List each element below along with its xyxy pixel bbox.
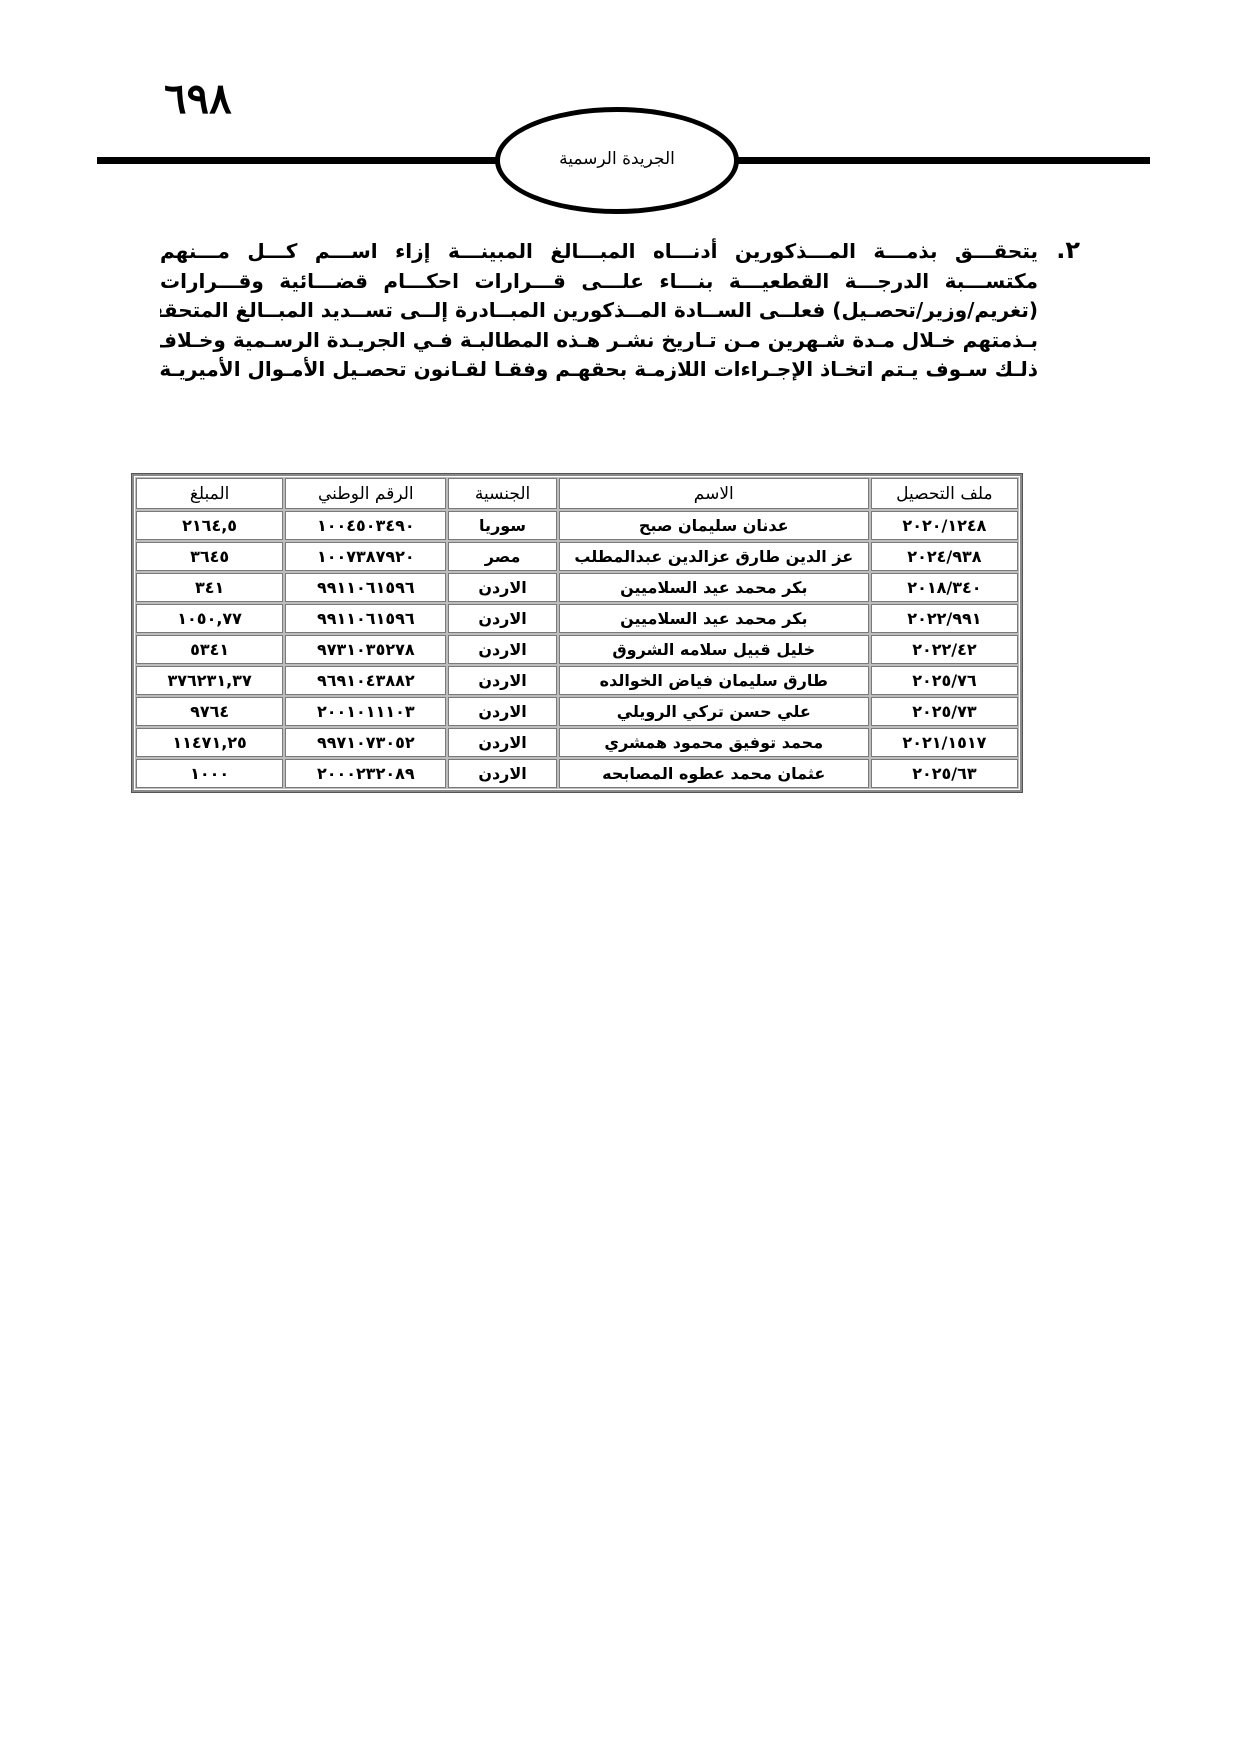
cell-amount: ٩٧٦٤ [136,697,283,726]
cell-file: ٢٠٢٥/٦٣ [871,759,1018,788]
table-row: ٢٠٢٢/٤٢خليل قبيل سلامه الشروقالاردن٩٧٣١٠… [136,635,1018,664]
cell-national-id: ٩٩١١٠٦١٥٩٦ [285,573,446,602]
page-number: ٦٩٨ [164,74,232,124]
cell-name: بكر محمد عيد السلاميين [559,573,869,602]
cell-file: ٢٠٢٢/٤٢ [871,635,1018,664]
table-row: ٢٠١٨/٣٤٠بكر محمد عيد السلاميينالاردن٩٩١١… [136,573,1018,602]
notice-line-3: (تغريم/وزير/تحصـيل) فعلــى الســادة المـ… [160,296,1080,326]
cell-name: محمد توفيق محمود همشري [559,728,869,757]
cell-file: ٢٠٢٥/٧٣ [871,697,1018,726]
cell-amount: ٣٦٤٥ [136,542,283,571]
cell-amount: ١٠٠٠ [136,759,283,788]
notice-line-1: ٢.يتحقـــق بذمـــة المـــذكورين أدنـــاه… [160,236,1080,267]
cell-name: عدنان سليمان صبح [559,511,869,540]
cell-amount: ٣٧٦٢٣١,٣٧ [136,666,283,695]
cell-national-id: ٩٦٩١٠٤٣٨٨٢ [285,666,446,695]
cell-name: عز الدين طارق عزالدين عبدالمطلب [559,542,869,571]
cell-national-id: ١٠٠٧٣٨٧٩٢٠ [285,542,446,571]
table-row: ٢٠٢٢/٩٩١بكر محمد عيد السلاميينالاردن٩٩١١… [136,604,1018,633]
notice-line-5: ذلـك سـوف يـتم اتخـاذ الإجـراءات اللازمـ… [160,355,1080,385]
header-emblem: الجريدة الرسمية [495,107,739,214]
cell-nationality: الاردن [448,635,556,664]
cell-national-id: ٢٠٠١٠١١١٠٣ [285,697,446,726]
cell-national-id: ٩٩١١٠٦١٥٩٦ [285,604,446,633]
cell-name: طارق سليمان فياض الخوالده [559,666,869,695]
table-row: ٢٠٢٠/١٢٤٨عدنان سليمان صبحسوريا١٠٠٤٥٠٣٤٩٠… [136,511,1018,540]
cell-file: ٢٠٢٤/٩٣٨ [871,542,1018,571]
notice-line-4: بـذمتهم خـلال مـدة شـهرين مـن تـاريخ نشـ… [160,326,1080,356]
collection-table: ملف التحصيل الاسم الجنسية الرقم الوطني ا… [132,474,1022,792]
cell-nationality: الاردن [448,759,556,788]
cell-amount: ٢١٦٤,٥ [136,511,283,540]
table-row: ٢٠٢١/١٥١٧محمد توفيق محمود همشريالاردن٩٩٧… [136,728,1018,757]
cell-national-id: ٩٧٣١٠٣٥٢٧٨ [285,635,446,664]
header-nationality: الجنسية [448,478,556,509]
table-header-row: ملف التحصيل الاسم الجنسية الرقم الوطني ا… [136,478,1018,509]
table-row: ٢٠٢٥/٧٣علي حسن تركي الرويليالاردن٢٠٠١٠١١… [136,697,1018,726]
cell-file: ٢٠٢٢/٩٩١ [871,604,1018,633]
cell-national-id: ٩٩٧١٠٧٣٠٥٢ [285,728,446,757]
cell-amount: ١٠٥٠,٧٧ [136,604,283,633]
cell-nationality: الاردن [448,604,556,633]
cell-file: ٢٠٢٥/٧٦ [871,666,1018,695]
item-number: ٢. [1038,236,1080,266]
cell-name: عثمان محمد عطوه المصابحه [559,759,869,788]
cell-amount: ٥٣٤١ [136,635,283,664]
notice-text: يتحقـــق بذمـــة المـــذكورين أدنـــاه ا… [160,239,1038,263]
notice-paragraph: ٢.يتحقـــق بذمـــة المـــذكورين أدنـــاه… [160,236,1080,385]
cell-file: ٢٠١٨/٣٤٠ [871,573,1018,602]
cell-nationality: الاردن [448,666,556,695]
cell-name: علي حسن تركي الرويلي [559,697,869,726]
cell-nationality: الاردن [448,573,556,602]
header-file: ملف التحصيل [871,478,1018,509]
cell-amount: ١١٤٧١,٢٥ [136,728,283,757]
cell-nationality: الاردن [448,728,556,757]
cell-nationality: الاردن [448,697,556,726]
cell-nationality: مصر [448,542,556,571]
cell-name: بكر محمد عيد السلاميين [559,604,869,633]
table-row: ٢٠٢٥/٧٦طارق سليمان فياض الخوالدهالاردن٩٦… [136,666,1018,695]
cell-file: ٢٠٢١/١٥١٧ [871,728,1018,757]
cell-file: ٢٠٢٠/١٢٤٨ [871,511,1018,540]
header-national-id: الرقم الوطني [285,478,446,509]
table-row: ٢٠٢٤/٩٣٨عز الدين طارق عزالدين عبدالمطلبم… [136,542,1018,571]
gazette-title: الجريدة الرسمية [559,149,675,169]
cell-name: خليل قبيل سلامه الشروق [559,635,869,664]
table-row: ٢٠٢٥/٦٣عثمان محمد عطوه المصابحهالاردن٢٠٠… [136,759,1018,788]
notice-line-2: مكتســـبة الدرجـــة القطعيـــة بنـــاء ع… [160,267,1080,297]
header-name: الاسم [559,478,869,509]
header-amount: المبلغ [136,478,283,509]
cell-national-id: ٢٠٠٠٢٣٢٠٨٩ [285,759,446,788]
cell-national-id: ١٠٠٤٥٠٣٤٩٠ [285,511,446,540]
cell-amount: ٣٤١ [136,573,283,602]
cell-nationality: سوريا [448,511,556,540]
